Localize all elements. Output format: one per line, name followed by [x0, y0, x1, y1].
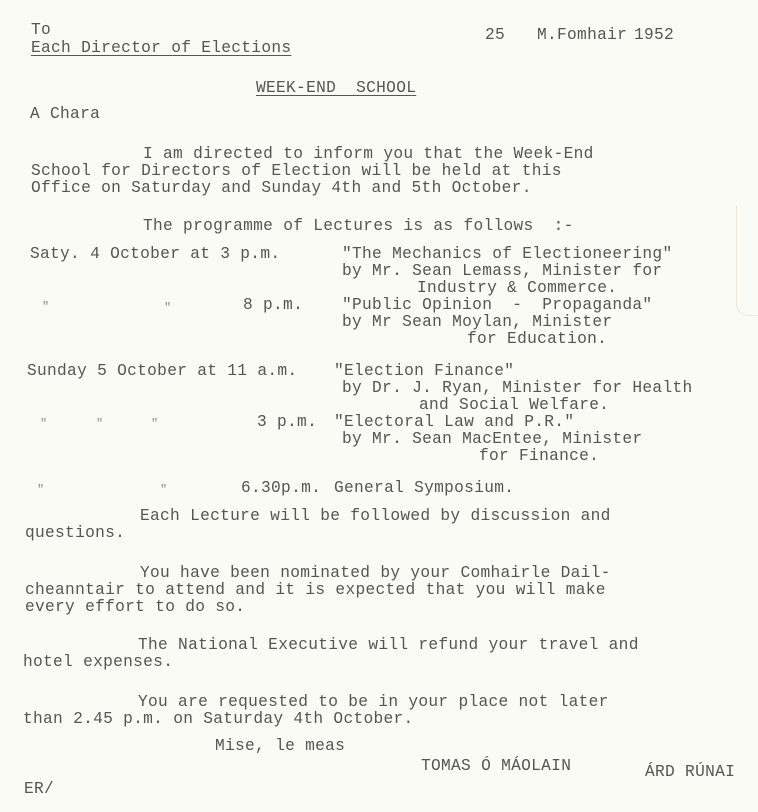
paper-fold-mark [736, 205, 758, 316]
programme-when: Sunday 5 October at 11 a.m. [27, 363, 297, 380]
ditto-mark: " [160, 482, 167, 499]
expenses-line-1: The National Executive will refund your … [138, 637, 639, 654]
programme-time: 8 p.m. [243, 297, 303, 314]
date-month: M.Fomhair [537, 27, 627, 44]
document-title: WEEK-END SCHOOL [256, 80, 416, 97]
programme-title: "The Mechanics of Electioneering" [342, 246, 672, 263]
programme-time: 6.30p.m. [241, 480, 321, 497]
reference-initials: ER/ [24, 781, 54, 798]
programme-intro: The programme of Lectures is as follows … [143, 218, 574, 235]
programme-title: "Public Opinion - Propaganda" [342, 297, 652, 314]
programme-speaker: by Mr. Sean Lemass, Minister for [342, 263, 662, 280]
recipient: Each Director of Elections [31, 40, 291, 57]
date-day: 25 [485, 27, 505, 44]
programme-speaker: by Mr Sean Moylan, Minister [342, 314, 612, 331]
discussion-line-1: Each Lecture will be followed by discuss… [140, 508, 611, 525]
intro-line-2: School for Directors of Election will be… [31, 163, 562, 180]
programme-speaker-role: Industry & Commerce. [417, 280, 617, 297]
to-label: To [31, 22, 51, 39]
signatory-name: TOMAS Ó MÁOLAIN [421, 758, 571, 775]
nominated-line-2: cheanntair to attend and it is expected … [25, 582, 606, 599]
ditto-mark: " [40, 416, 47, 433]
ditto-mark: " [96, 416, 103, 433]
requested-line-2: than 2.45 p.m. on Saturday 4th October. [23, 711, 414, 728]
ditto-mark: " [164, 300, 171, 317]
intro-line-1: I am directed to inform you that the Wee… [143, 146, 594, 163]
programme-speaker-role: for Finance. [479, 448, 599, 465]
ditto-mark: " [37, 482, 44, 499]
intro-line-3: Office on Saturday and Sunday 4th and 5t… [31, 180, 532, 197]
salutation: A Chara [30, 106, 100, 123]
signatory-title: ÁRD RÚNAI [645, 764, 735, 781]
programme-speaker-role: and Social Welfare. [419, 397, 609, 414]
programme-speaker-role: for Education. [467, 331, 607, 348]
nominated-line-3: every effort to do so. [25, 599, 245, 616]
programme-title: General Symposium. [334, 480, 514, 497]
discussion-line-2: questions. [25, 525, 125, 542]
programme-when: Saty. 4 October at 3 p.m. [30, 246, 280, 263]
requested-line-1: You are requested to be in your place no… [138, 694, 609, 711]
ditto-mark: " [42, 299, 49, 316]
programme-title: "Electoral Law and P.R." [334, 414, 574, 431]
valediction: Mise, le meas [215, 738, 345, 755]
programme-speaker: by Dr. J. Ryan, Minister for Health [342, 380, 693, 397]
nominated-line-1: You have been nominated by your Comhairl… [140, 565, 611, 582]
programme-title: "Election Finance" [334, 363, 514, 380]
expenses-line-2: hotel expenses. [23, 654, 173, 671]
date-year: 1952 [634, 27, 674, 44]
programme-time: 3 p.m. [257, 414, 317, 431]
programme-speaker: by Mr. Sean MacEntee, Minister [342, 431, 642, 448]
ditto-mark: " [151, 416, 158, 433]
